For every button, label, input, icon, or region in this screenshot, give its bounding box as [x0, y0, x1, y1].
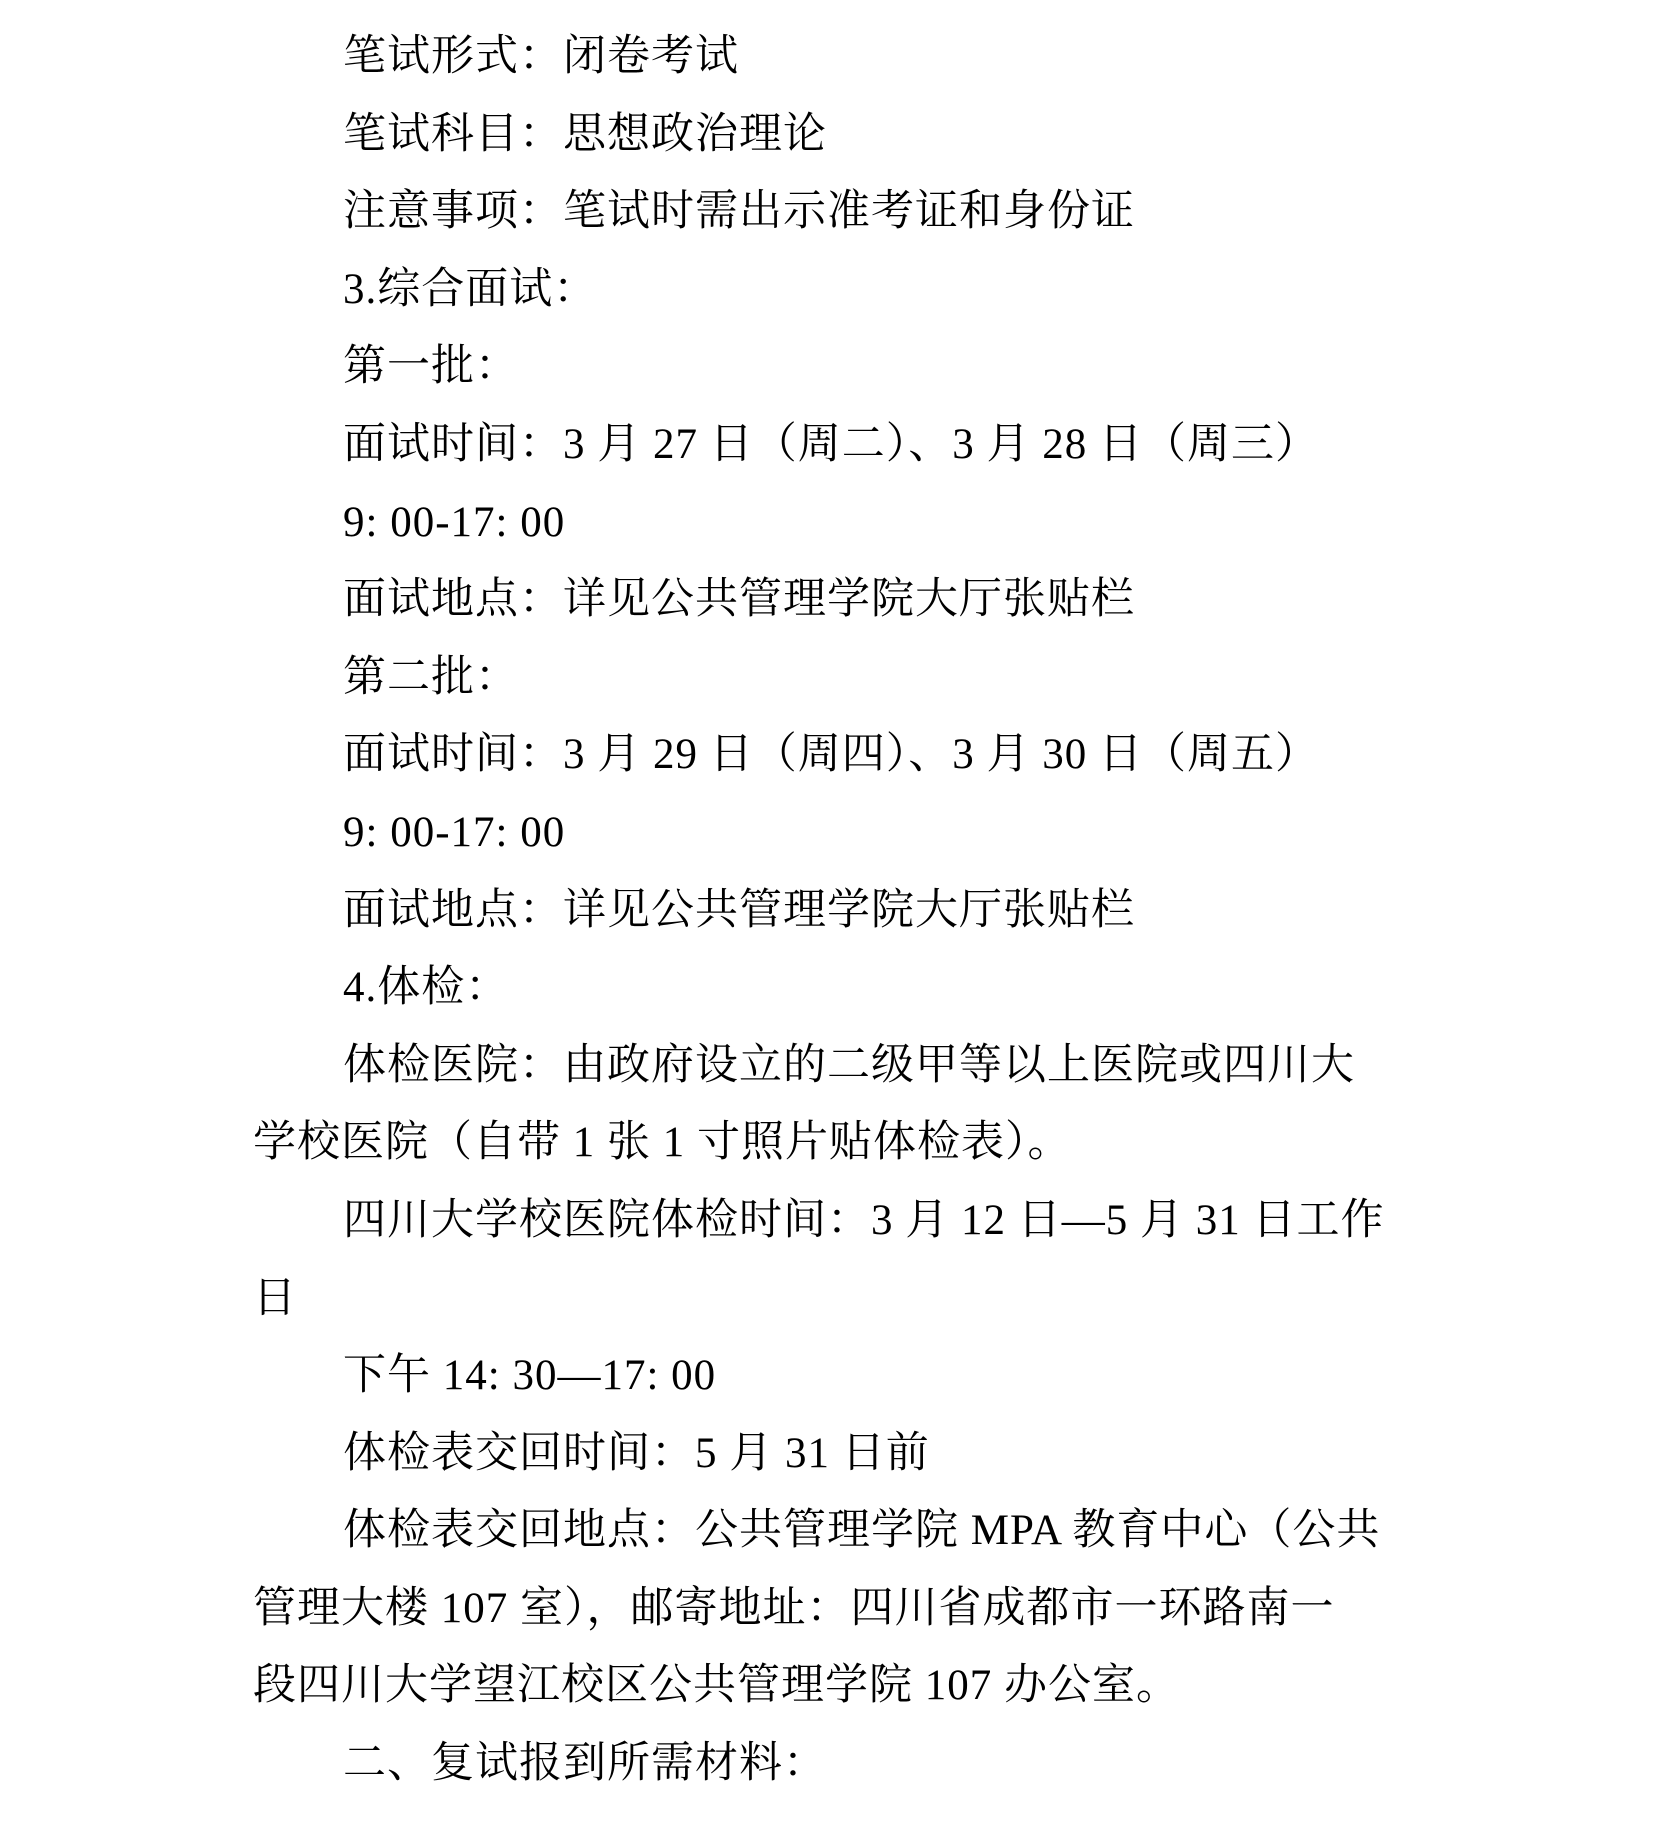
text-line: 段四川大学望江校区公共管理学院 107 办公室。	[253, 1647, 1423, 1725]
text-line: 下午 14: 30—17: 00	[253, 1337, 1423, 1415]
text-line: 第二批：	[253, 639, 1423, 717]
text-line: 注意事项：笔试时需出示准考证和身份证	[253, 173, 1423, 251]
text-line: 面试地点：详见公共管理学院大厅张贴栏	[253, 561, 1423, 639]
text-line: 3.综合面试：	[253, 251, 1423, 329]
document-body: 笔试形式：闭卷考试笔试科目：思想政治理论注意事项：笔试时需出示准考证和身份证3.…	[253, 18, 1423, 1803]
text-line: 管理大楼 107 室），邮寄地址：四川省成都市一环路南一	[253, 1570, 1423, 1648]
text-line: 面试时间：3 月 27 日（周二）、3 月 28 日（周三）	[253, 406, 1423, 484]
text-line: 面试地点：详见公共管理学院大厅张贴栏	[253, 872, 1423, 950]
text-line: 体检表交回时间：5 月 31 日前	[253, 1415, 1423, 1493]
text-line: 笔试科目：思想政治理论	[253, 96, 1423, 174]
text-line: 体检医院：由政府设立的二级甲等以上医院或四川大	[253, 1027, 1423, 1105]
text-line: 面试时间：3 月 29 日（周四）、3 月 30 日（周五）	[253, 716, 1423, 794]
text-line: 日	[253, 1260, 1423, 1338]
text-line: 四川大学校医院体检时间：3 月 12 日—5 月 31 日工作	[253, 1182, 1423, 1260]
text-line: 二、复试报到所需材料：	[253, 1725, 1423, 1803]
document-page: 笔试形式：闭卷考试笔试科目：思想政治理论注意事项：笔试时需出示准考证和身份证3.…	[0, 0, 1654, 1831]
text-line: 4.体检：	[253, 949, 1423, 1027]
text-line: 第一批：	[253, 328, 1423, 406]
text-line: 体检表交回地点：公共管理学院 MPA 教育中心（公共	[253, 1492, 1423, 1570]
text-line: 9: 00-17: 00	[253, 794, 1423, 872]
text-line: 学校医院（自带 1 张 1 寸照片贴体检表）。	[253, 1104, 1423, 1182]
text-line: 笔试形式：闭卷考试	[253, 18, 1423, 96]
text-line: 9: 00-17: 00	[253, 484, 1423, 562]
